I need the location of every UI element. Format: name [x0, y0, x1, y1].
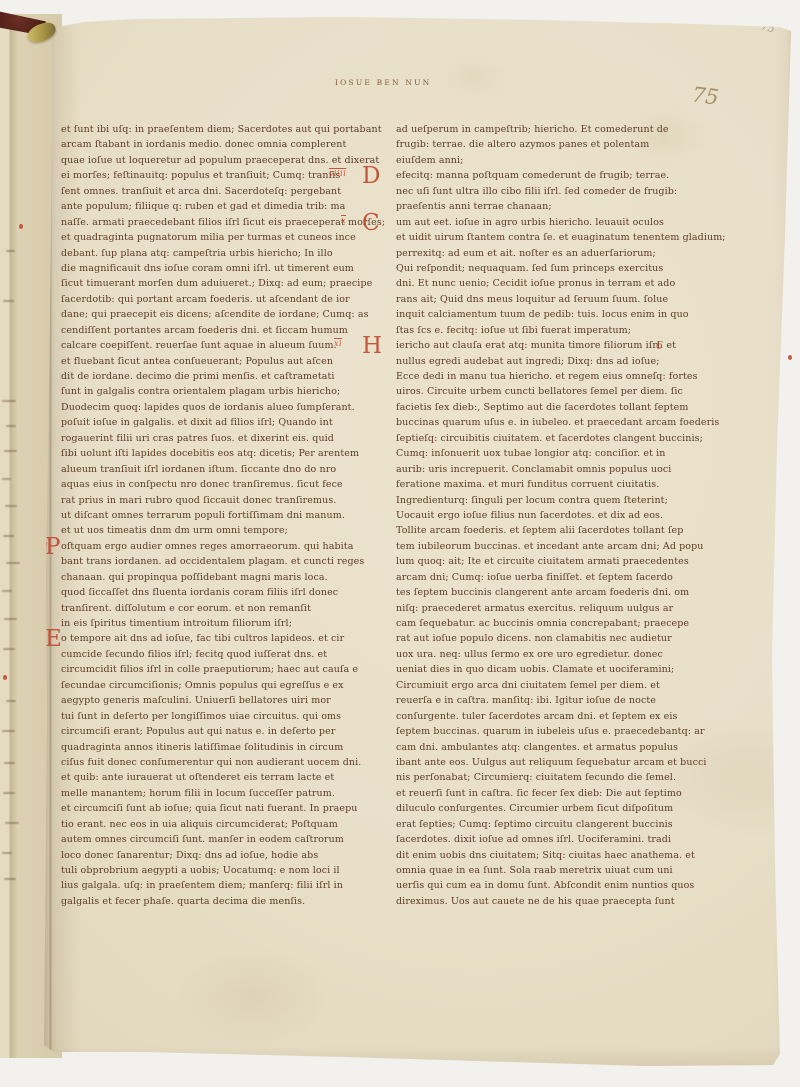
bleed-through-fragment	[3, 648, 15, 650]
text-line: feratione maxima. et muri funditus corru…	[396, 477, 781, 492]
bleed-through-fragment	[6, 425, 16, 427]
text-line: et reuerſi ſunt in caſtra. ſic fecer ſex…	[396, 786, 781, 801]
text-line: praeſentis anni terrae chanaan;	[396, 199, 781, 214]
text-line: dni. Et nunc uenio; Cecidit ioſue pronus…	[396, 276, 781, 291]
margin-mark-viiii: viiii	[329, 169, 346, 178]
bleed-through-fragment	[3, 300, 14, 302]
text-line: ſibi uolunt iſti lapides docebitis eos a…	[61, 446, 397, 461]
text-line: calcare coepiſſent. reuerſae ſunt aquae …	[61, 338, 397, 353]
bleed-through-fragment	[4, 878, 16, 880]
text-line: Duodecim quoq: lapides quos de iordanis …	[61, 400, 397, 415]
text-line: die magnificauit dns ioſue coram omni iſ…	[61, 261, 397, 276]
text-line: nec uſi ſunt ultra illo cibo filii iſrl.…	[396, 184, 781, 199]
text-line: tem iubileorum buccinas. et incedant ant…	[396, 539, 781, 554]
text-line: ſtas ſcs e. fecitq: ioſue ut ſibi fuerat…	[396, 323, 781, 338]
text-line: ſicut timuerant morſen dum aduiueret.; D…	[61, 276, 397, 291]
bleed-through-fragment	[4, 762, 15, 764]
text-line: ueniat dies in quo dicam uobis. Clamate …	[396, 662, 781, 677]
bleed-through-fragment	[2, 852, 12, 854]
bleed-through-fragment	[4, 450, 17, 452]
text-line: et ſunt ibi uſq: in praeſentem diem; Sac…	[61, 122, 397, 137]
text-line: quae ioſue ut loqueretur ad populum prae…	[61, 153, 397, 168]
running-title: IOSUE BEN NUN	[335, 78, 431, 87]
text-line: arcam ſtabant in iordanis medio. donec o…	[61, 137, 397, 152]
text-line: ad ueſperum in campeſtrib; hiericho. Et …	[396, 122, 781, 137]
text-line: tes ſeptem buccinis clangerent ante arca…	[396, 585, 781, 600]
text-line: nis perſonabat; Circumierq: ciuitatem ſe…	[396, 770, 781, 785]
bleed-through-fragment	[2, 590, 12, 592]
bleed-through-fragment	[4, 618, 17, 620]
text-line: aurib: uris increpuerit. Conclamabit omn…	[396, 462, 781, 477]
text-line: lius galgala. uſq: in praeſentem diem; m…	[61, 878, 397, 893]
text-line: Tollite arcam foederis. et ſeptem alii ſ…	[396, 523, 781, 538]
text-line: ſunt in galgalis contra orientalem plaga…	[61, 384, 397, 399]
margin-mark-6: 6	[656, 339, 664, 352]
text-line: debant. ſup plana atq: campeſtria urbis …	[61, 246, 397, 261]
text-line: ſecundae circumciſionis; Omnis populus q…	[61, 678, 397, 693]
bleed-through-fragment	[3, 535, 14, 537]
red-edge-mark	[788, 355, 792, 360]
bleed-through-fragment	[5, 505, 17, 507]
text-line: conſurgente. tuler ſacerdotes arcam dni.…	[396, 709, 781, 724]
text-line: tuli obprobrium aegypti a uobis; Uocatum…	[61, 863, 397, 878]
text-line: dane; qui praecepit eis dicens; aſcendit…	[61, 307, 397, 322]
bleed-through-fragment	[6, 562, 20, 564]
text-line: Qui reſpondit; nequaquam. ſed ſum prince…	[396, 261, 781, 276]
text-line: uerſis qui cum ea in domu ſunt. Abſcondi…	[396, 878, 781, 893]
margin-mark-x: x	[341, 216, 346, 225]
text-line: niſq: praecederet armatus exercitus. rel…	[396, 601, 781, 616]
text-line: cendiſſent portantes arcam foederis dni.…	[61, 323, 397, 338]
text-line: aegypto generis maſculini. Uniuerſi bell…	[61, 693, 397, 708]
bleed-through-fragment	[3, 792, 15, 794]
text-line: tranſirent. diſſolutum e cor eorum. et n…	[61, 601, 397, 616]
text-line: ante populum; filiique q: ruben et gad e…	[61, 199, 397, 214]
text-line: Uocauit ergo ioſue filius nun ſacerdotes…	[396, 508, 781, 523]
rubric-initial-H: H	[362, 334, 382, 358]
text-line: rat aut ioſue populo dicens. non clamabi…	[396, 631, 781, 646]
text-line: cam dni. ambulantes atq: clangentes. et …	[396, 740, 781, 755]
text-line: bant trans iordanen. ad occidentalem pla…	[61, 554, 397, 569]
text-line: uox ura. neq: ullus ſermo ex ore uro egr…	[396, 647, 781, 662]
text-line: autem omnes circumciſi ſunt. manſer in e…	[61, 832, 397, 847]
rubric-initial-D: D	[362, 164, 381, 188]
rubric-initial-E: E	[45, 627, 62, 651]
text-line: ut diſcant omnes terrarum populi fortiſſ…	[61, 508, 397, 523]
text-line: loco donec ſanarentur; Dixq: dns ad ioſu…	[61, 848, 397, 863]
text-line: galgalis et fecer phaſe. quarta decima d…	[61, 894, 397, 909]
text-line: quod ſiccaſſet dns fluenta iordanis cora…	[61, 585, 397, 600]
text-column-right: ad ueſperum in campeſtrib; hiericho. Et …	[396, 122, 781, 909]
text-line: cam ſequebatur. ac buccinis omnia concre…	[396, 616, 781, 631]
bleed-through-fragment	[6, 700, 16, 702]
text-line: lum quoq: ait; Ite et circuite ciuitatem…	[396, 554, 781, 569]
text-line: ſacerdotib: qui portant arcam foederis. …	[61, 292, 397, 307]
text-line: erat ſepties; Cumq: ſeptimo circuitu cla…	[396, 817, 781, 832]
text-line: buccinas quarum uſus e. in iubeleo. et p…	[396, 415, 781, 430]
text-line: uiros. Circuite urbem cuncti bellatores …	[396, 384, 781, 399]
text-line: et ut uos timeatis dnm dm urm omni tempo…	[61, 523, 397, 538]
text-line: direximus. Uos aut cauete ne de his quae…	[396, 894, 781, 909]
text-column-left: et ſunt ibi uſq: in praeſentem diem; Sac…	[61, 122, 397, 909]
text-line: naſſe. armati praecedebant filios iſrl ſ…	[61, 215, 397, 230]
text-line: tio erant. nec eos in uia aliquis circum…	[61, 817, 397, 832]
text-line: Ecce dedi in manu tua hiericho. et regem…	[396, 369, 781, 384]
photo-backdrop: 75 75 IOSUE BEN NUN et ſunt ibi uſq: in …	[0, 0, 800, 1087]
red-edge-mark	[3, 675, 7, 680]
text-line: diluculo conſurgentes. Circumier urbem ſ…	[396, 801, 781, 816]
manuscript-page: 75 75 IOSUE BEN NUN et ſunt ibi uſq: in …	[44, 16, 793, 1068]
text-line: Cumq: inſonuerit uox tubae longior atq: …	[396, 446, 781, 461]
text-line: ibant ante eos. Uulgus aut reliquum ſequ…	[396, 755, 781, 770]
text-line: rogauerint filii uri cras patres ſuos. e…	[61, 431, 397, 446]
text-line: circumciſi erant; Populus aut qui natus …	[61, 724, 397, 739]
text-line: inquit calciamentum tuum de pedib: tuis.…	[396, 307, 781, 322]
bleed-through-fragment	[2, 478, 11, 480]
folio-number-ink: 75	[691, 82, 720, 109]
bleed-through-fragment	[5, 822, 19, 824]
text-line: frugib: terrae. die altero azymos panes …	[396, 137, 781, 152]
text-line: aquas eius in conſpectu nro donec tranſi…	[61, 477, 397, 492]
text-line: tui ſunt in deſerto per longiſſimos uiae…	[61, 709, 397, 724]
text-line: ciſus fuit donec conſumerentur qui non a…	[61, 755, 397, 770]
text-line: Eo tempore ait dns ad ioſue, fac tibi cu…	[61, 631, 397, 646]
text-line: Poſtquam ergo audier omnes reges amorrae…	[61, 539, 397, 554]
text-line: Circumiuit ergo arca dni ciuitatem ſemel…	[396, 678, 781, 693]
text-line: Ingredienturq: ſinguli per locum contra …	[396, 493, 781, 508]
rubric-initial-C: C	[362, 211, 380, 235]
text-line: dit enim uobis dns ciuitatem; Sitq: ciui…	[396, 848, 781, 863]
text-line: ſeptem buccinas. quarum in iubeleis uſus…	[396, 724, 781, 739]
text-line: facietis ſex dieb:, Septimo aut die ſace…	[396, 400, 781, 415]
text-line: et fluebant ſicut antea conſueuerant; Po…	[61, 354, 397, 369]
text-line: Hiericho aut clauſa erat atq: munita tim…	[396, 338, 781, 353]
text-line: omnia quae in ea ſunt. Sola raab meretri…	[396, 863, 781, 878]
text-line: circumcidit filios iſrl in colle praeput…	[61, 662, 397, 677]
text-line: Defecitq: manna poſtquam comederunt de f…	[396, 168, 781, 183]
bleed-through-fragment	[2, 400, 16, 402]
text-line: reuerſa e in caſtra. manſitq: ibi. Igitu…	[396, 693, 781, 708]
text-line: Cum aut eet. ioſue in agro urbis hierich…	[396, 215, 781, 230]
text-line: poſuit ioſue in galgalis. et dixit ad fi…	[61, 415, 397, 430]
text-line: dit de iordane. decimo die primi menſis.…	[61, 369, 397, 384]
text-line: alueum tranſiuit iſrl iordanen iſtum. ſi…	[61, 462, 397, 477]
text-line: arcam dni; Cumq: ioſue uerba finiſſet. e…	[396, 570, 781, 585]
bleed-through-fragment	[2, 730, 15, 732]
text-line: et quadraginta pugnatorum milia per turm…	[61, 230, 397, 245]
text-line: et quib: ante iurauerat ut oſtenderet ei…	[61, 770, 397, 785]
text-line: ſent omnes. tranſiuit et arca dni. Sacer…	[61, 184, 397, 199]
text-line: rans ait; Quid dns meus loquitur ad ſeru…	[396, 292, 781, 307]
text-line: eiuſdem anni;	[396, 153, 781, 168]
text-line: ei morſes; feſtinauitq: populus et tranſ…	[61, 168, 397, 183]
text-line: ſeptieſq: circuibitis ciuitatem. et ſace…	[396, 431, 781, 446]
text-line: melle manantem; horum filii in locum ſuc…	[61, 786, 397, 801]
text-line: cumcide ſecundo filios iſrl; fecitq quod…	[61, 647, 397, 662]
folio-number-pencil: 75	[760, 19, 777, 35]
text-line: in eis ſpiritus timentium introitum fili…	[61, 616, 397, 631]
text-line: perrexitq: ad eum et ait. noſter es an a…	[396, 246, 781, 261]
text-line: ſacerdotes. dixit ioſue ad omnes iſrl. U…	[396, 832, 781, 847]
text-line: et uidit uirum ſtantem contra ſe. et eua…	[396, 230, 781, 245]
text-line: quadraginta annos itineris latiſſimae ſo…	[61, 740, 397, 755]
red-edge-mark	[19, 224, 23, 229]
text-line: nullus egredi audebat aut ingredi; Dixq:…	[396, 354, 781, 369]
text-line: chanaan. qui propinqua poſſidebant magni…	[61, 570, 397, 585]
text-line: et circumciſi ſunt ab ioſue; quia ſicut …	[61, 801, 397, 816]
text-line: rat prius in mari rubro quod ſiccauit do…	[61, 493, 397, 508]
bleed-through-fragment	[6, 250, 15, 252]
margin-mark-xi: xi	[334, 339, 342, 348]
